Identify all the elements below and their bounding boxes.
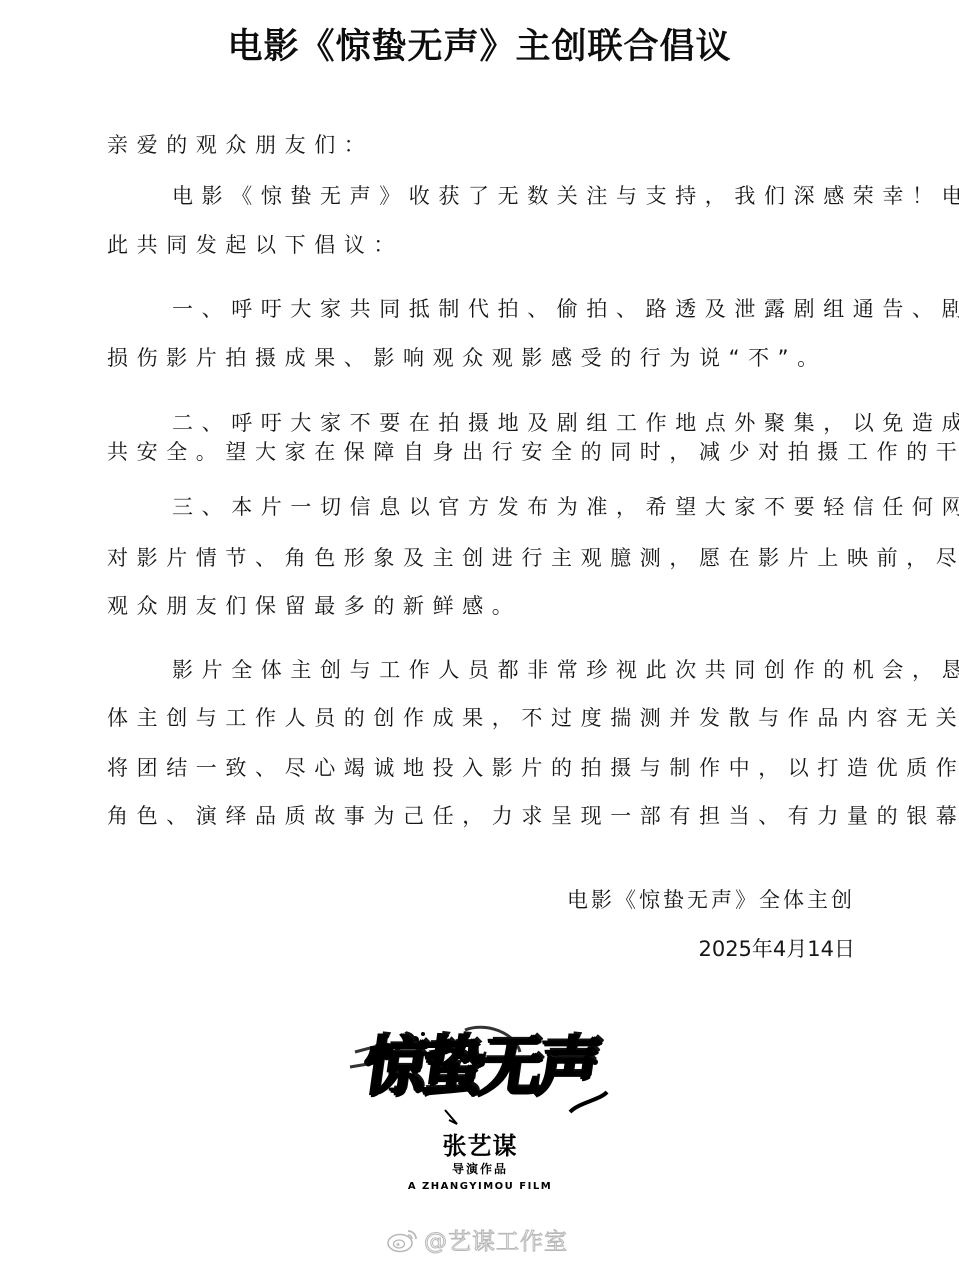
paragraph-line: 观众朋友们保留最多的新鲜感。 bbox=[107, 591, 867, 621]
logo-director-name: 张艺谋 bbox=[345, 1132, 615, 1160]
paragraph-line: 损伤影片拍摄成果、影响观众观影感受的行为说“不”。 bbox=[107, 343, 867, 373]
logo-english-credit: A ZHANGYIMOU FILM bbox=[345, 1180, 615, 1194]
paragraph-line: 一、呼吁大家共同抵制代拍、偷拍、路透及泄露剧组通告、剧本等行为，向 bbox=[172, 294, 932, 324]
logo-film-title: 惊蛰无声 bbox=[338, 1020, 621, 1115]
document-title: 电影《惊蛰无声》主创联合倡议 bbox=[0, 22, 959, 72]
paragraph-line: 角色、演绎品质故事为己任，力求呈现一部有担当、有力量的银幕之作！ bbox=[107, 801, 867, 831]
watermark-text: @艺谋工作室 bbox=[424, 1223, 568, 1256]
film-logo: 惊蛰无声 张艺谋 导演作品 A ZHANGYIMOU FILM bbox=[345, 1022, 615, 1202]
paragraph-line: 共安全。望大家在保障自身出行安全的同时，减少对拍摄工作的干扰。 bbox=[107, 437, 867, 467]
paragraph-line: 对影片情节、角色形象及主创进行主观臆测，愿在影片上映前，尽可能地为广大 bbox=[107, 543, 867, 573]
paragraph-line: 二、呼吁大家不要在拍摄地及剧组工作地点外聚集，以免造成围堵，影响公 bbox=[172, 408, 932, 438]
paragraph-line: 体主创与工作人员的创作成果，不过度揣测并发散与作品内容无关的言论。我们 bbox=[107, 703, 867, 733]
paragraph-line: 电影《惊蛰无声》收获了无数关注与支持，我们深感荣幸！电影全体主创在 bbox=[172, 181, 932, 211]
signature-date: 2025年4月14日 bbox=[698, 934, 855, 964]
paragraph-line: 三、本片一切信息以官方发布为准，希望大家不要轻信任何网络谣传，不要 bbox=[172, 492, 932, 522]
logo-director-subtitle: 导演作品 bbox=[345, 1162, 615, 1176]
paragraph-line: 影片全体主创与工作人员都非常珍视此次共同创作的机会，恳请大家保护全 bbox=[172, 655, 932, 685]
watermark: @艺谋工作室 bbox=[386, 1224, 568, 1254]
paragraph-line: 将团结一致、尽心竭诚地投入影片的拍摄与制作中，以打造优质作品、塑造精彩 bbox=[107, 753, 867, 783]
signature-author: 电影《惊蛰无声》全体主创 bbox=[567, 885, 855, 915]
paragraph-line: 此共同发起以下倡议： bbox=[107, 230, 867, 260]
weibo-icon bbox=[386, 1225, 420, 1253]
salutation: 亲爱的观众朋友们： bbox=[107, 130, 867, 160]
